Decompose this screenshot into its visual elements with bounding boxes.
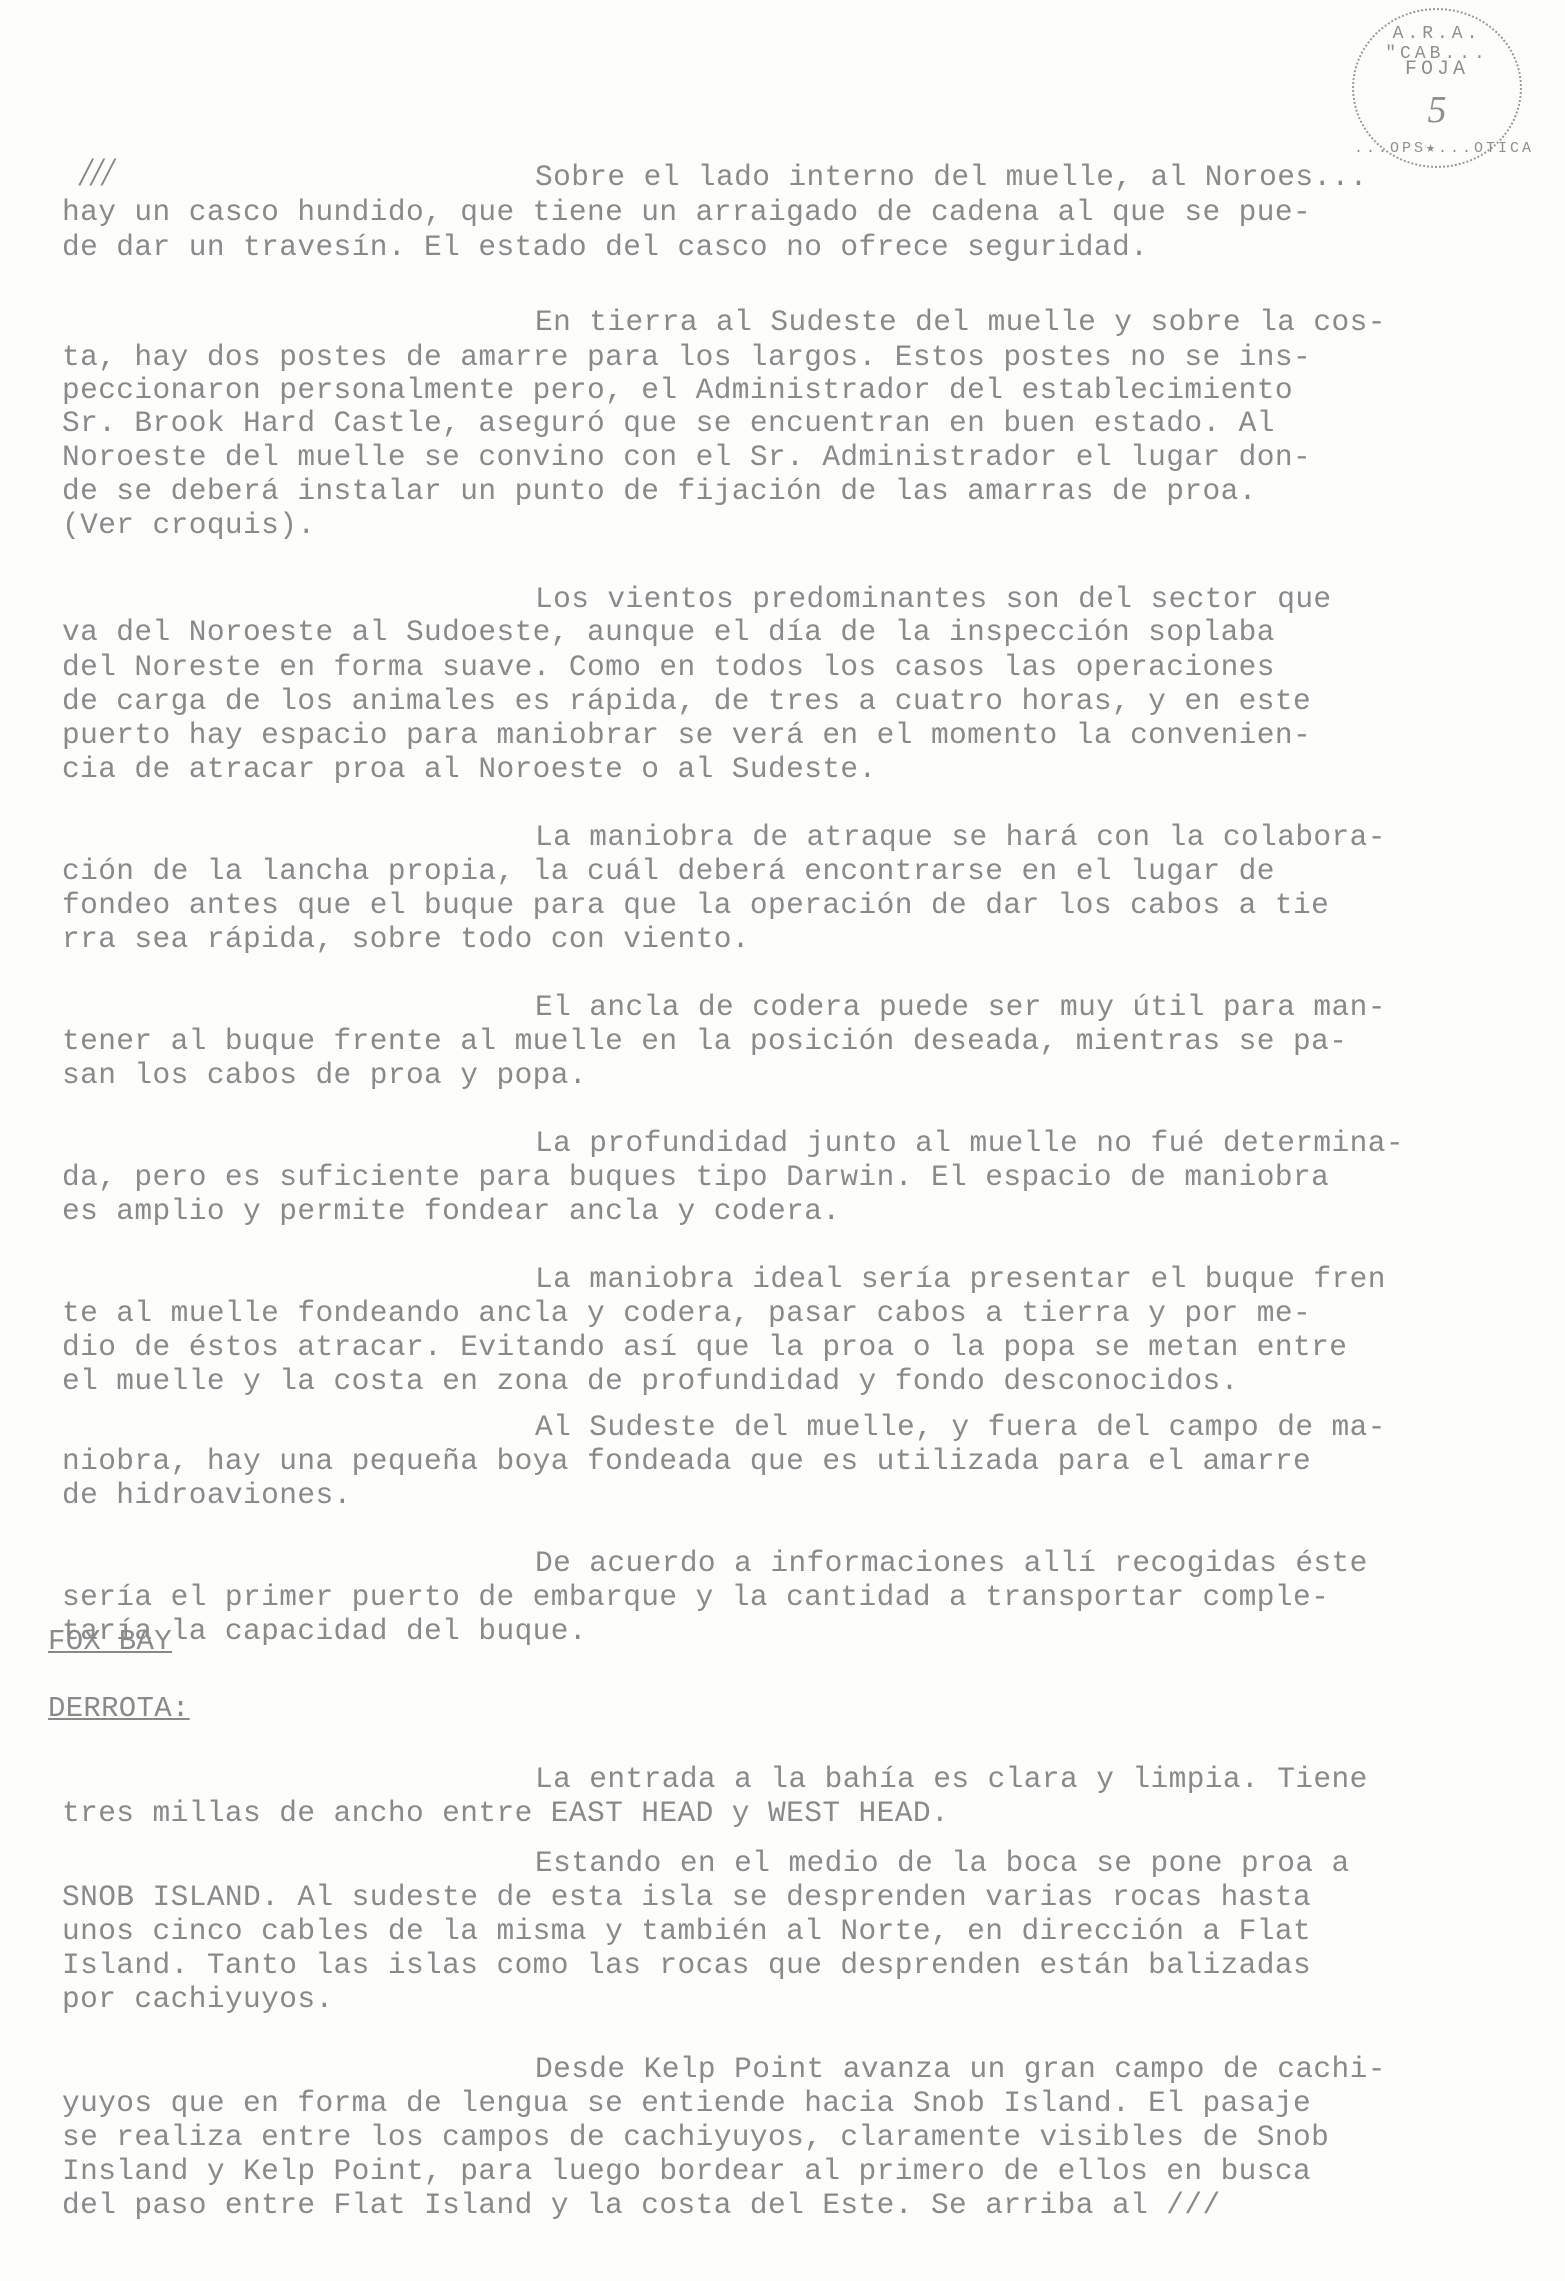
text-line: tres millas de ancho entre EAST HEAD y W… [62, 1796, 949, 1830]
text-line: cia de atracar proa al Noroeste o al Sud… [62, 752, 877, 786]
text-line: de se deberá instalar un punto de fijaci… [62, 474, 1257, 508]
text-line: fondeo antes que el buque para que la op… [62, 888, 1329, 922]
section-title: FOX BAY [48, 1625, 172, 1658]
text-line: es amplio y permite fondear ancla y code… [62, 1194, 840, 1228]
document-page: A.R.A. "CAB... FOJA 5 ...OPS★...OTICA //… [0, 0, 1565, 2281]
stamp-page-number: 5 [1354, 88, 1520, 132]
text-line: (Ver croquis). [62, 508, 315, 542]
text-line: peccionaron personalmente pero, el Admin… [62, 373, 1293, 407]
text-line: rra sea rápida, sobre todo con viento. [62, 922, 750, 956]
text-line: La maniobra ideal sería presentar el buq… [535, 1262, 1386, 1296]
text-line: Island. Tanto las islas como las rocas q… [62, 1948, 1311, 1982]
text-line: yuyos que en forma de lengua se entiende… [62, 2086, 1311, 2120]
text-line: puerto hay espacio para maniobrar se ver… [62, 718, 1311, 752]
text-line: del Noreste en forma suave. Como en todo… [62, 650, 1275, 684]
text-line: De acuerdo a informaciones allí recogida… [535, 1546, 1368, 1580]
stamp-bottom-text: ...OPS★...OTICA [1354, 138, 1520, 157]
text-line: SNOB ISLAND. Al sudeste de esta isla se … [62, 1880, 1311, 1914]
text-line: La maniobra de atraque se hará con la co… [535, 820, 1386, 854]
text-line: ta, hay dos postes de amarre para los la… [62, 340, 1311, 374]
text-line: tener al buque frente al muelle en la po… [62, 1024, 1347, 1058]
text-line: por cachiyuyos. [62, 1982, 334, 2016]
text-line: El ancla de codera puede ser muy útil pa… [535, 990, 1386, 1024]
text-line: ción de la lancha propia, la cuál deberá… [62, 854, 1275, 888]
text-line: Estando en el medio de la boca se pone p… [535, 1846, 1350, 1880]
text-line: La profundidad junto al muelle no fué de… [535, 1126, 1404, 1160]
text-line: Al Sudeste del muelle, y fuera del campo… [535, 1410, 1386, 1444]
text-line: niobra, hay una pequeña boya fondeada qu… [62, 1444, 1311, 1478]
text-line: unos cinco cables de la misma y también … [62, 1914, 1311, 1948]
foja-stamp: A.R.A. "CAB... FOJA 5 ...OPS★...OTICA [1352, 8, 1522, 168]
text-line: de carga de los animales es rápida, de t… [62, 684, 1311, 718]
text-line: Insland y Kelp Point, para luego bordear… [62, 2154, 1311, 2188]
text-line: hay un casco hundido, que tiene un arrai… [62, 195, 1311, 229]
text-line: Los vientos predominantes son del sector… [535, 582, 1332, 616]
text-line: Desde Kelp Point avanza un gran campo de… [535, 2052, 1386, 2086]
text-line: el muelle y la costa en zona de profundi… [62, 1364, 1239, 1398]
stamp-label: FOJA [1354, 58, 1520, 81]
text-line: de dar un travesín. El estado del casco … [62, 230, 1148, 264]
text-line: de hidroaviones. [62, 1478, 352, 1512]
text-line: del paso entre Flat Island y la costa de… [62, 2188, 1221, 2222]
text-line: Noroeste del muelle se convino con el Sr… [62, 440, 1311, 474]
text-line: te al muelle fondeando ancla y codera, p… [62, 1296, 1311, 1330]
text-line: sería el primer puerto de embarque y la … [62, 1580, 1329, 1614]
text-line: san los cabos de proa y popa. [62, 1058, 587, 1092]
text-line: dio de éstos atracar. Evitando así que l… [62, 1330, 1347, 1364]
continuation-marker: /// [80, 148, 113, 195]
text-line: La entrada a la bahía es clara y limpia.… [535, 1762, 1368, 1796]
text-line: va del Noroeste al Sudoeste, aunque el d… [62, 615, 1275, 649]
text-line: En tierra al Sudeste del muelle y sobre … [535, 305, 1386, 339]
text-line: Sobre el lado interno del muelle, al Nor… [535, 160, 1368, 194]
text-line: Sr. Brook Hard Castle, aseguró que se en… [62, 406, 1275, 440]
text-line: da, pero es suficiente para buques tipo … [62, 1160, 1329, 1194]
subsection-title: DERROTA: [48, 1692, 190, 1725]
text-line: se realiza entre los campos de cachiyuyo… [62, 2120, 1329, 2154]
